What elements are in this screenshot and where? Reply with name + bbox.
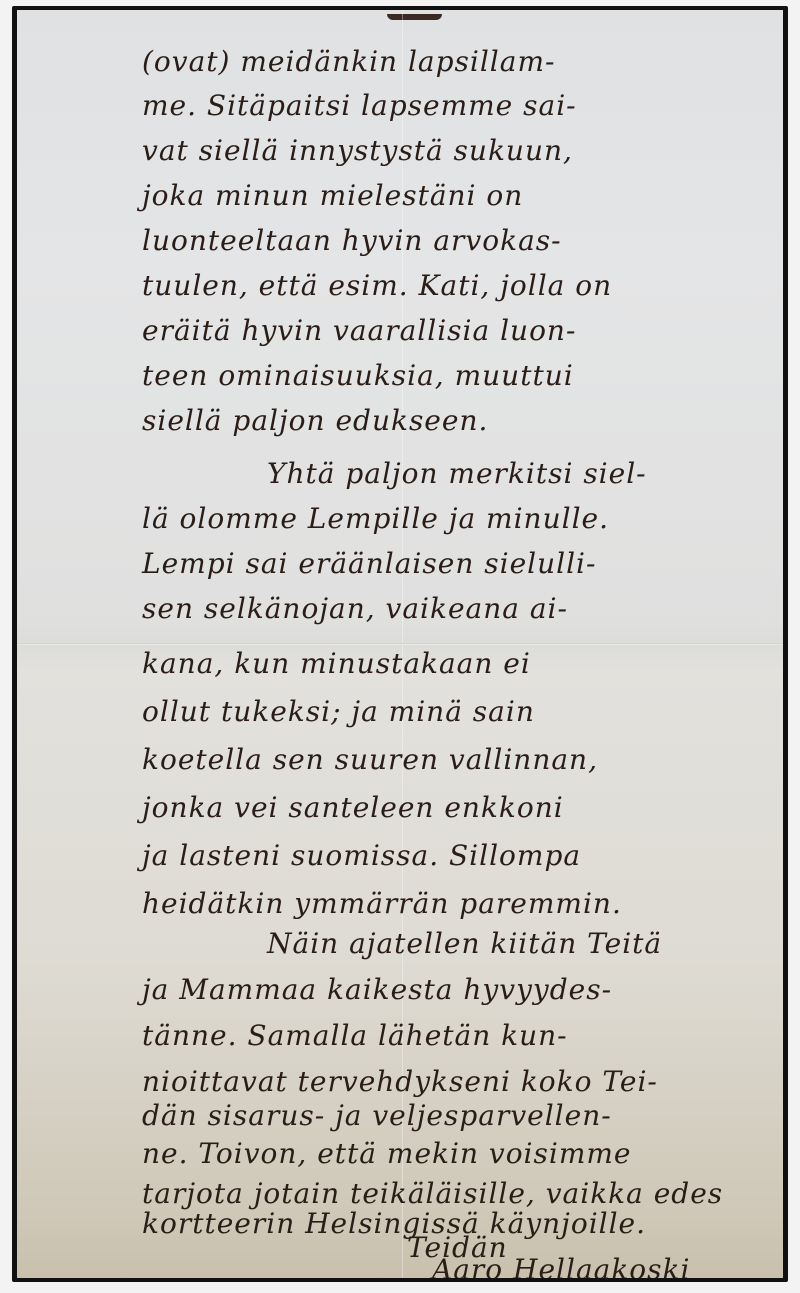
letter-line-8: teen ominaisuuksia, muuttui — [142, 362, 753, 390]
letter-line-2: me. Sitäpaitsi lapsemme sai- — [142, 92, 753, 120]
letter-line-9: siellä paljon edukseen. — [142, 407, 753, 435]
letter-line-14: kana, kun minustakaan ei — [142, 650, 753, 678]
letter-line-24: dän sisarus- ja veljesparvellen- — [142, 1102, 753, 1130]
letter-body: (ovat) meidänkin lapsillam- me. Sitäpait… — [17, 10, 783, 1278]
letter-line-13: sen selkänojan, vaikeana ai- — [142, 595, 753, 623]
letter-line-6: tuulen, että esim. Kati, jolla on — [142, 272, 753, 300]
letter-line-26: tarjota jotain teikäläisille, vaikka ede… — [142, 1180, 753, 1208]
letter-page: (ovat) meidänkin lapsillam- me. Sitäpait… — [17, 10, 783, 1278]
letter-line-19: heidätkin ymmärrän paremmin. — [142, 890, 753, 918]
letter-line-7: eräitä hyvin vaarallisia luon- — [142, 317, 753, 345]
letter-line-10: Yhtä paljon merkitsi siel- — [267, 460, 753, 488]
letter-line-4: joka minun mielestäni on — [142, 182, 753, 210]
letter-line-18: ja lasteni suomissa. Sillompa — [142, 842, 753, 870]
letter-line-25: ne. Toivon, että mekin voisimme — [142, 1140, 753, 1168]
letter-line-15: ollut tukeksi; ja minä sain — [142, 698, 753, 726]
letter-line-16: koetella sen suuren vallinnan, — [142, 746, 753, 774]
letter-line-23: nioittavat tervehdykseni koko Tei- — [142, 1068, 753, 1096]
letter-line-11: lä olomme Lempille ja minulle. — [142, 505, 753, 533]
letter-line-3: vat siellä innystystä sukuun, — [142, 137, 753, 165]
letter-line-21: ja Mammaa kaikesta hyvyydes- — [142, 976, 753, 1004]
letter-line-1: (ovat) meidänkin lapsillam- — [142, 48, 753, 76]
letter-signature: Aaro Hellaakoski — [432, 1256, 753, 1278]
letter-line-17: jonka vei santeleen enkkoni — [142, 794, 753, 822]
letter-line-5: luonteeltaan hyvin arvokas- — [142, 227, 753, 255]
letter-line-20: Näin ajatellen kiitän Teitä — [267, 930, 753, 958]
letter-line-12: Lempi sai eräänlaisen sielulli- — [142, 550, 753, 578]
letter-line-22: tänne. Samalla lähetän kun- — [142, 1022, 753, 1050]
